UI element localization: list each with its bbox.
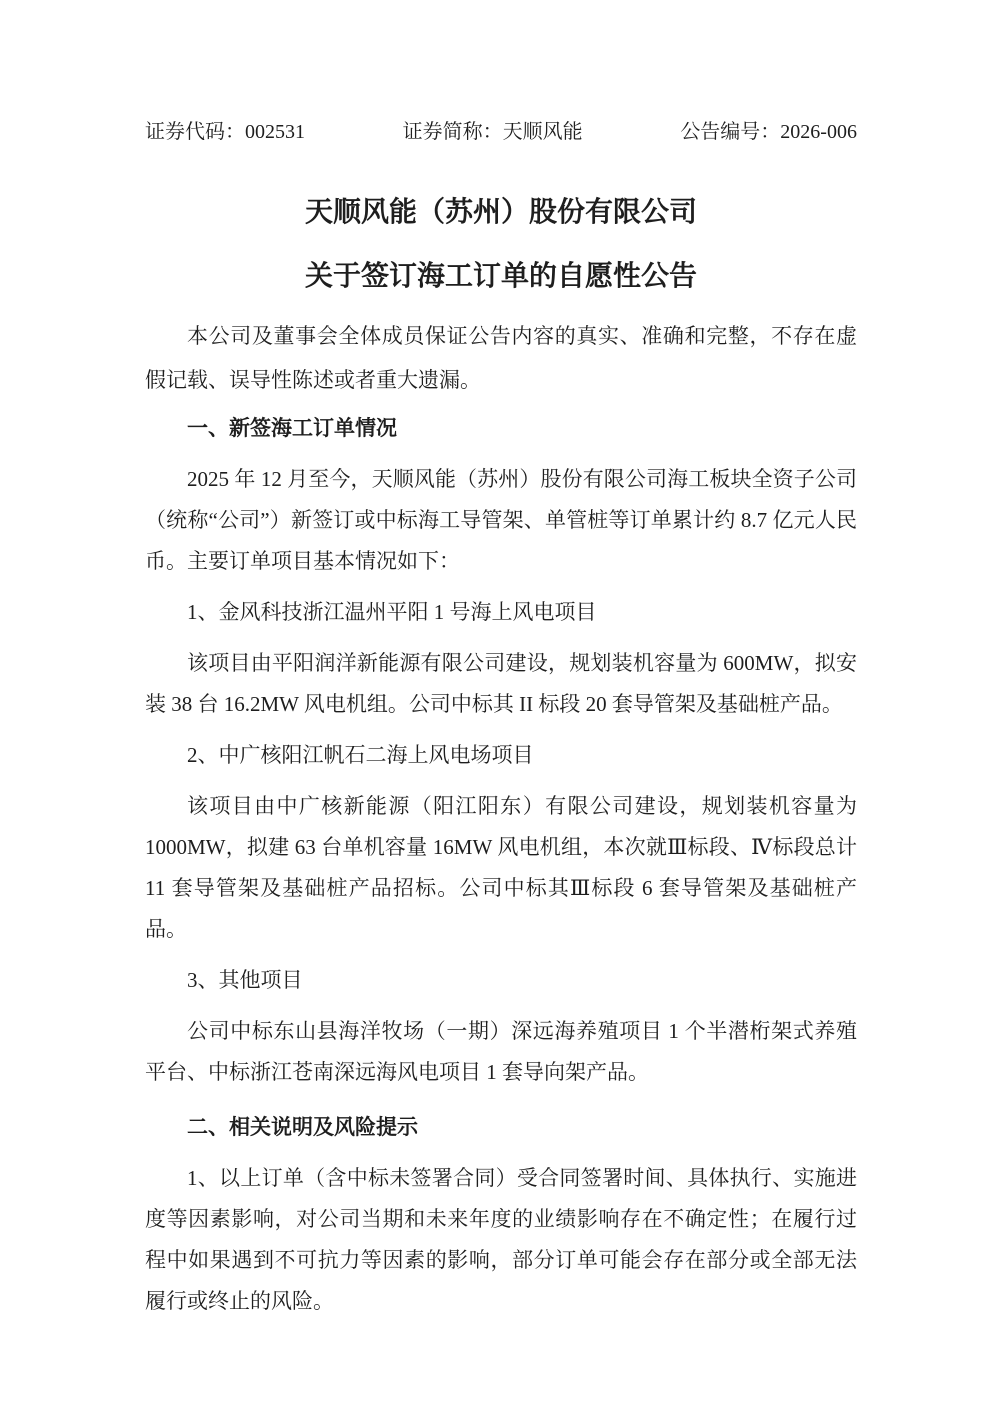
stock-abbr: 证券简称：天顺风能 xyxy=(403,118,583,146)
project-1-detail: 该项目由平阳润洋新能源有限公司建设，规划装机容量为 600MW，拟安装 38 台… xyxy=(145,643,857,725)
project-3-title: 3、其他项目 xyxy=(145,960,857,1001)
section-1-heading: 一、新签海工订单情况 xyxy=(145,408,857,449)
stock-code: 证券代码：002531 xyxy=(145,118,305,146)
project-3-detail: 公司中标东山县海洋牧场（一期）深远海养殖项目 1 个半潜桁架式养殖平台、中标浙江… xyxy=(145,1011,857,1093)
company-title: 天顺风能（苏州）股份有限公司 xyxy=(145,192,857,234)
announcement-number: 公告编号：2026-006 xyxy=(680,118,857,146)
doc-header: 证券代码：002531 证券简称：天顺风能 公告编号：2026-006 xyxy=(145,118,857,146)
risk-paragraph-1: 1、以上订单（含中标未签署合同）受合同签署时间、具体执行、实施进度等因素影响，对… xyxy=(145,1158,857,1322)
project-1-title: 1、金风科技浙江温州平阳 1 号海上风电项目 xyxy=(145,592,857,633)
project-2-title: 2、中广核阳江帆石二海上风电场项目 xyxy=(145,735,857,776)
section-1-intro: 2025 年 12 月至今，天顺风能（苏州）股份有限公司海工板块全资子公司（统称… xyxy=(145,459,857,582)
announcement-title: 关于签订海工订单的自愿性公告 xyxy=(145,256,857,298)
board-disclaimer: 本公司及董事会全体成员保证公告内容的真实、准确和完整，不存在虚假记载、误导性陈述… xyxy=(145,314,857,402)
project-2-detail: 该项目由中广核新能源（阳江阳东）有限公司建设，规划装机容量为 1000MW，拟建… xyxy=(145,786,857,950)
section-2-heading: 二、相关说明及风险提示 xyxy=(145,1107,857,1148)
announcement-page: 证券代码：002531 证券简称：天顺风能 公告编号：2026-006 天顺风能… xyxy=(0,0,1000,1414)
